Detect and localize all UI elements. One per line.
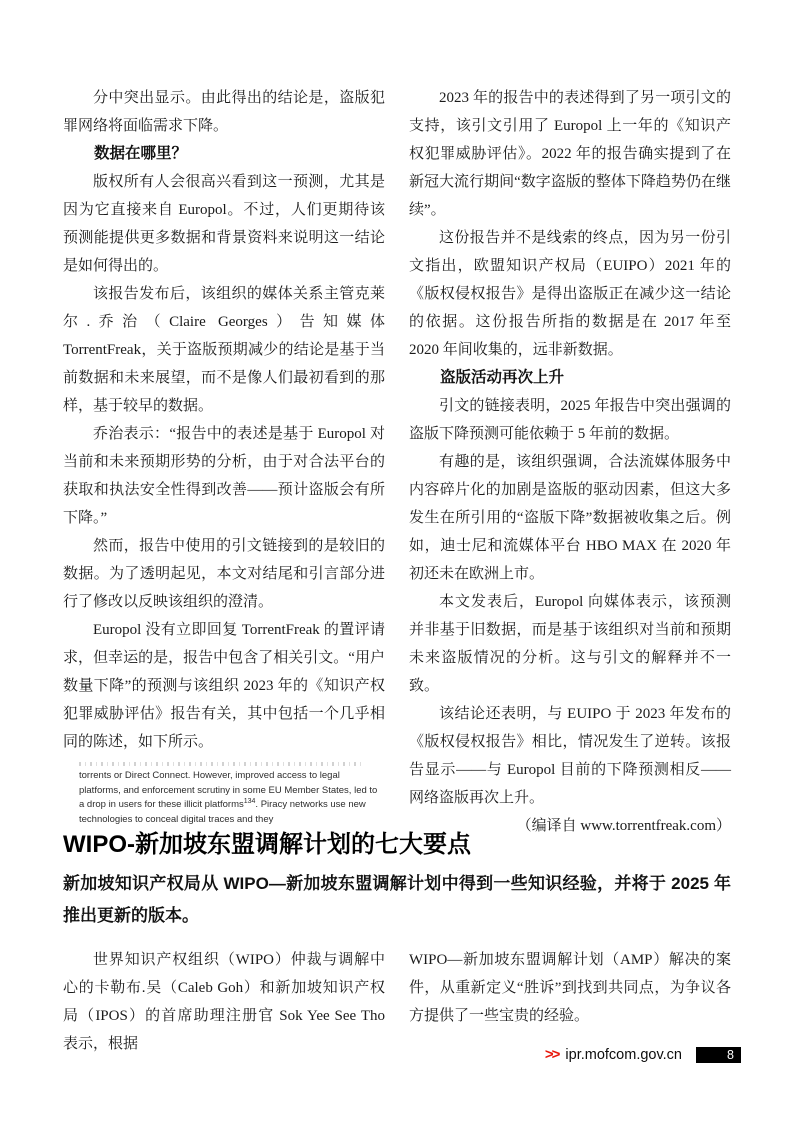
paragraph: 分中突出显示。由此得出的结论是，盗版犯罪网络将面临需求下降。	[63, 84, 385, 140]
paragraph: 该结论还表明，与 EUIPO 于 2023 年发布的《版权侵权报告》相比，情况发…	[409, 700, 731, 812]
article-title: WIPO-新加坡东盟调解计划的七大要点	[63, 830, 731, 860]
paragraph: 引文的链接表明，2025 年报告中突出强调的盗版下降预测可能依赖于 5 年前的数…	[409, 392, 731, 448]
footnote-marker: 134	[244, 798, 256, 805]
page-number-badge: 8	[696, 1047, 741, 1063]
right-column: 2023 年的报告中的表述得到了另一项引文的支持，该引文引用了 Europol …	[409, 84, 731, 840]
paragraph: 乔治表示：“报告中的表述是基于 Europol 对当前和未来预期形势的分析，由于…	[63, 420, 385, 532]
article-wipo-amp: WIPO-新加坡东盟调解计划的七大要点 新加坡知识产权局从 WIPO—新加坡东盟…	[63, 830, 731, 1058]
double-chevron-icon: >>	[545, 1047, 559, 1063]
footer-site-url: ipr.mofcom.gov.cn	[565, 1047, 682, 1063]
right-column: WIPO—新加坡东盟调解计划（AMP）解决的案件，从重新定义“胜诉”到找到共同点…	[409, 946, 731, 1058]
document-page: 分中突出显示。由此得出的结论是，盗版犯罪网络将面临需求下降。 数据在哪里？ 版权…	[0, 0, 794, 1123]
paragraph: 该报告发布后，该组织的媒体关系主管克莱尔.乔治（Claire Georges）告…	[63, 280, 385, 420]
section-subheading: 数据在哪里？	[63, 140, 385, 168]
cropped-text-line	[79, 762, 361, 766]
article-piracy-columns: 分中突出显示。由此得出的结论是，盗版犯罪网络将面临需求下降。 数据在哪里？ 版权…	[63, 84, 731, 840]
paragraph: 2023 年的报告中的表述得到了另一项引文的支持，该引文引用了 Europol …	[409, 84, 731, 224]
article-wipo-columns: 世界知识产权组织（WIPO）仲裁与调解中心的卡勒布.吴（Caleb Goh）和新…	[63, 946, 731, 1058]
article-subtitle: 新加坡知识产权局从 WIPO—新加坡东盟调解计划中得到一些知识经验，并将于 20…	[63, 868, 731, 932]
paragraph: 世界知识产权组织（WIPO）仲裁与调解中心的卡勒布.吴（Caleb Goh）和新…	[63, 946, 385, 1058]
page-footer: >> ipr.mofcom.gov.cn 8	[0, 1047, 794, 1063]
paragraph: 本文发表后，Europol 向媒体表示，该预测并非基于旧数据，而是基于该组织对当…	[409, 588, 731, 700]
paragraph: 这份报告并不是线索的终点，因为另一份引文指出，欧盟知识产权局（EUIPO）202…	[409, 224, 731, 364]
paragraph: 版权所有人会很高兴看到这一预测，尤其是因为它直接来自 Europol。不过，人们…	[63, 168, 385, 280]
paragraph: 有趣的是，该组织强调，合法流媒体服务中内容碎片化的加剧是盗版的驱动因素，但这大多…	[409, 448, 731, 588]
paragraph: Europol 没有立即回复 TorrentFreak 的置评请求，但幸运的是，…	[63, 616, 385, 756]
article-piracy: 分中突出显示。由此得出的结论是，盗版犯罪网络将面临需求下降。 数据在哪里？ 版权…	[63, 84, 731, 840]
report-quote-excerpt: torrents or Direct Connect. However, imp…	[79, 769, 379, 827]
left-column: 世界知识产权组织（WIPO）仲裁与调解中心的卡勒布.吴（Caleb Goh）和新…	[63, 946, 385, 1058]
left-column: 分中突出显示。由此得出的结论是，盗版犯罪网络将面临需求下降。 数据在哪里？ 版权…	[63, 84, 385, 840]
section-subheading: 盗版活动再次上升	[409, 364, 731, 392]
paragraph: WIPO—新加坡东盟调解计划（AMP）解决的案件，从重新定义“胜诉”到找到共同点…	[409, 946, 731, 1030]
paragraph: 然而，报告中使用的引文链接到的是较旧的数据。为了透明起见，本文对结尾和引言部分进…	[63, 532, 385, 616]
